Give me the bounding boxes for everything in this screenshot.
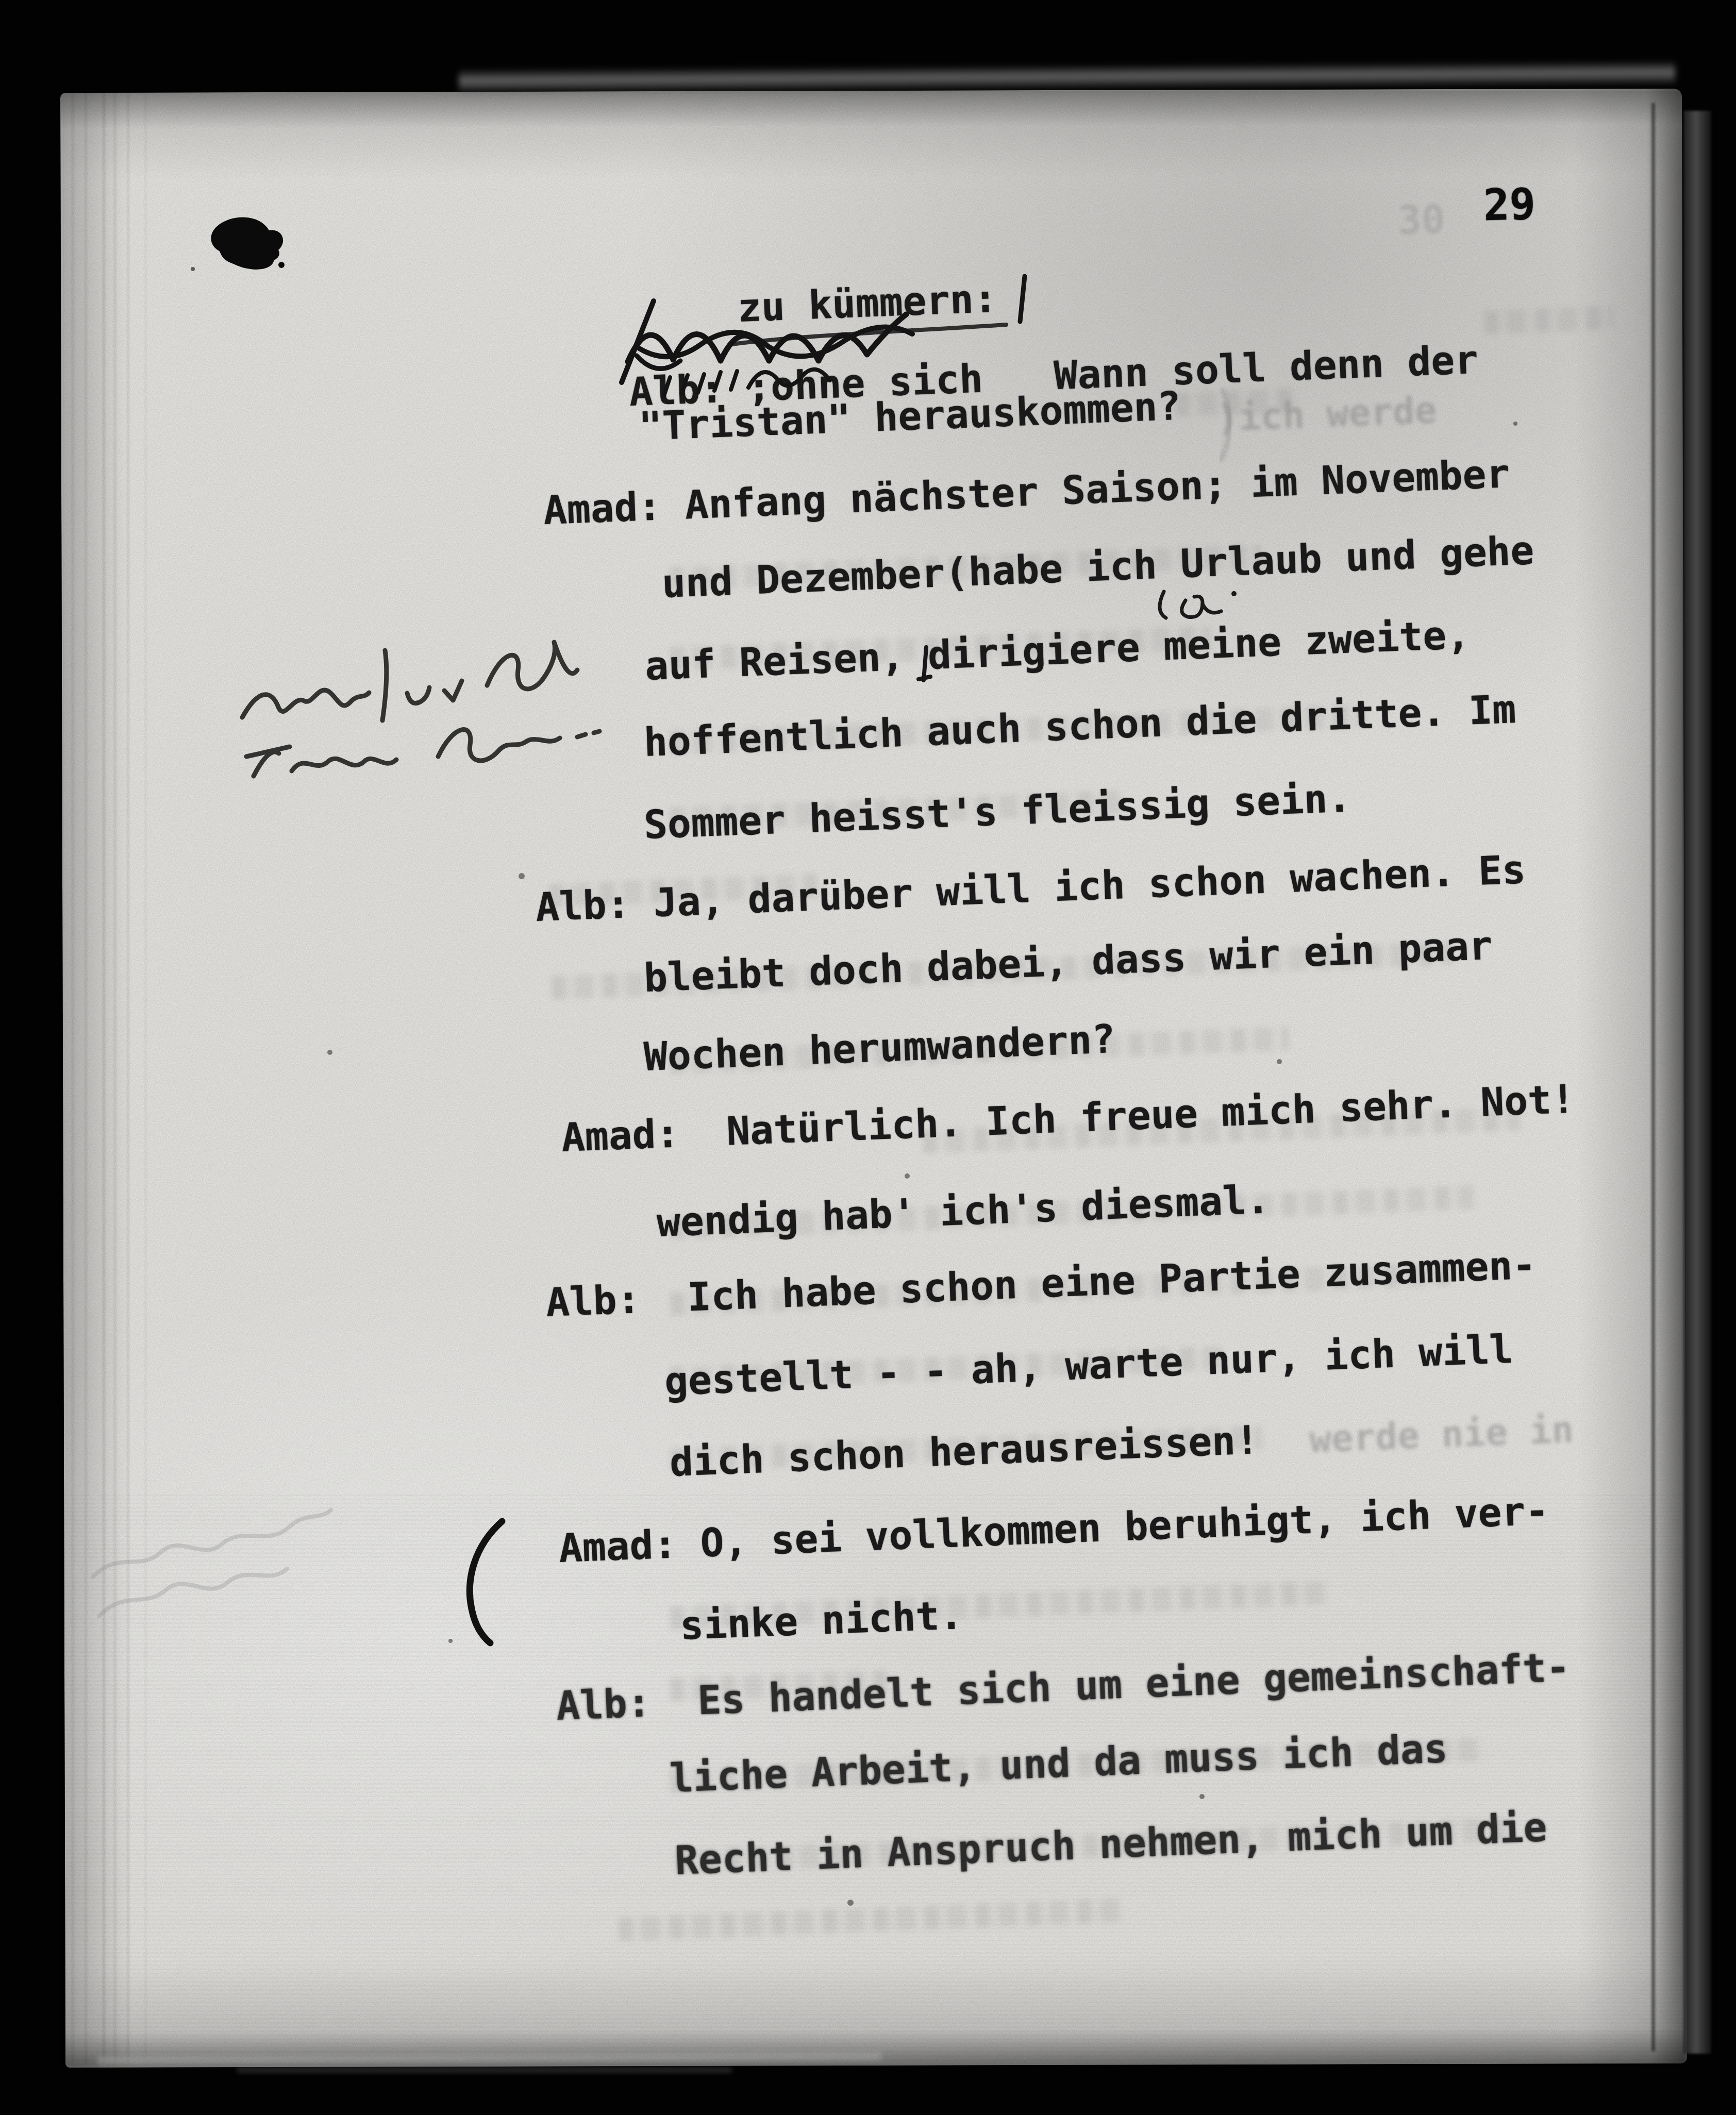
grain-overlay xyxy=(63,91,1684,2066)
photo-background: )ich werde werde nie in 30 29 zu kümmern… xyxy=(0,0,1736,2115)
